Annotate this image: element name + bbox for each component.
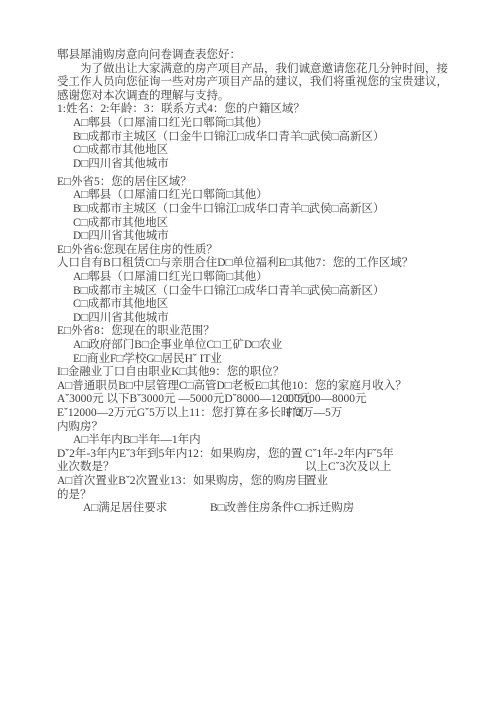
option-line-right-text: Cˇ5100—8000元 [286,393,367,407]
question-line-text: 的是？ [57,489,92,501]
option-line-text: D□四川省其他城市 [73,312,169,324]
question-line: 人口自有B口租赁C□与亲朋合住D□单位福利E□其他7：您的工作区域？ [0,257,500,271]
question-line: 的是？ [0,489,500,503]
option-line: A□半年内B□半年—1年内 [0,434,500,448]
option-line-text: D□四川省其他城市 [73,158,169,170]
option-line-text: Aˇ3000元 以下Bˇ3000元 —5000元Dˇ8000—12000元 [57,393,311,405]
option-line: A□满足居住要求B□改善住房条件C□拆迁购房 [0,502,500,516]
option-line-text: A□政府部门B□企事业单位C□工矿D□农业 [73,339,282,351]
option-line-text: A□郫县（口犀浦口红光口郫筒□其他） [73,271,268,283]
option-line-text: A□半年内B□半年—1年内 [73,434,201,446]
question-line-text: A□首次置业Bˇ2次置业13：如果购房，您的购房目 [57,475,308,487]
question-line-text: 内购房？ [57,421,103,433]
question-line: 业次数是？以上Cˇ3次及以上 [0,461,500,475]
doc-title: 郫县犀浦购房意向问卷调查表您好： [0,49,500,63]
option-line: B□成都市主城区（口金牛口锦江□成华口青羊□武侯□高新区） [0,131,500,145]
option-line: D□四川省其他城市 [0,312,500,326]
intro-line-text: 受工作人员向您征询一些对房产项目产品的建议，我们将重视您的宝贵建议， [57,76,448,88]
option-line-text: C□成都市其他地区 [73,144,168,156]
intro-line-text: 为了做出让大家满意的房产项目产品，我们诚意邀请您花几分钟时间，接 [80,63,448,75]
intro-line: 为了做出让大家满意的房产项目产品，我们诚意邀请您花几分钟时间，接 [0,63,500,77]
question-line-right-text: 置业 [305,475,328,489]
doc-title-text: 郫县犀浦购房意向问卷调查表您好： [57,49,241,61]
option-line-text: D□四川省其他城市 [73,230,169,242]
option-line: E□商业F□学校G□居民Hˇ IT业 [0,353,500,367]
question-line-text: 业次数是？ [57,461,115,473]
option-line: D□四川省其他城市 [0,230,500,244]
question-line: Eˇ12000—2万元Gˇ5万以上11：您打算在多长时间Fˇ2万—5万 [0,407,500,421]
question-line-text: E□外省8：您现在的职业范围？ [57,325,215,337]
option-line-text: C□成都市其他地区 [73,217,168,229]
option-line: C□成都市其他地区 [0,298,500,312]
question-line-text: I□金融业丁口自由职业K□其他9：您的职位？ [57,366,284,378]
question-line-text: A□普通职员B□中层管理C□高管D□老板E□其他10：您的家庭月收入？ [57,380,407,392]
question-line: A□普通职员B□中层管理C□高管D□老板E□其他10：您的家庭月收入？ [0,380,500,394]
option-line-text: C□成都市其他地区 [73,298,168,310]
intro-line: 受工作人员向您征询一些对房产项目产品的建议，我们将重视您的宝贵建议， [0,76,500,90]
question-line: I□金融业丁口自由职业K□其他9：您的职位？ [0,366,500,380]
questionnaire-document: 郫县犀浦购房意向问卷调查表您好：为了做出让大家满意的房产项目产品，我们诚意邀请您… [0,0,500,707]
intro-line: 感谢您对本次调查的理解与支持。 [0,90,500,104]
option-line: C□成都市其他地区 [0,217,500,231]
option-line-text: A□郫县（口犀浦口红光口郫筒□其他） [73,117,268,129]
option-line: D□四川省其他城市 [0,158,500,172]
option-line-text: E□商业F□学校G□居民Hˇ IT业 [73,353,222,365]
option-line-right-text: B□改善住房条件C□拆迁购房 [210,502,354,516]
question-line-text: E□外省6:您现在居住房的性质？ [57,244,218,256]
question-line-text: 1:姓名：2:年龄：3：联系方式4：您的户籍区域？ [57,103,305,115]
option-line-text: B□成都市主城区（口金牛口锦江□成华口青羊□武侯□高新区） [73,131,384,143]
question-line: 1:姓名：2:年龄：3：联系方式4：您的户籍区域？ [0,103,500,117]
question-line-text: 人口自有B口租赁C□与亲朋合住D□单位福利E□其他7：您的工作区域？ [57,257,413,269]
question-line: 内购房？ [0,421,500,435]
option-line: A□郫县（口犀浦口红光口郫筒□其他） [0,189,500,203]
question-line: E□外省5：您的居住区域？ [0,176,500,190]
option-line-text: A□满足居住要求 [83,502,167,514]
question-line-text: E□外省5：您的居住区域？ [57,176,192,188]
option-line-text: B□成都市主城区（口金牛口锦江□成华口青羊□武侯□高新区） [73,203,384,215]
intro-line-text: 感谢您对本次调查的理解与支持。 [57,90,230,102]
question-line: E□外省6:您现在居住房的性质？ [0,244,500,258]
option-line: B□成都市主城区（口金牛口锦江□成华口青羊□武侯□高新区） [0,203,500,217]
option-line: Aˇ3000元 以下Bˇ3000元 —5000元Dˇ8000—12000元Cˇ5… [0,393,500,407]
question-line: E□外省8：您现在的职业范围？ [0,325,500,339]
question-line: Dˇ2年-3年内Eˇ3年到5年内12：如果购房，您的置Cˇ1年-2年内Fˇ5年 [0,448,500,462]
option-line: A□郫县（口犀浦口红光口郫筒□其他） [0,117,500,131]
option-line-text: A□郫县（口犀浦口红光口郫筒□其他） [73,189,268,201]
question-line-text: Dˇ2年-3年内Eˇ3年到5年内12：如果购房，您的置 [57,448,302,460]
question-line-text: Eˇ12000—2万元Gˇ5万以上11：您打算在多长时间 [57,407,304,419]
question-line-right-text: Cˇ1年-2年内Fˇ5年 [305,448,394,462]
option-line-text: B□成都市主城区（口金牛口锦江□成华口青羊□武侯□高新区） [73,285,384,297]
option-line: B□成都市主城区（口金牛口锦江□成华口青羊□武侯□高新区） [0,285,500,299]
question-line-right-text: 以上Cˇ3次及以上 [305,461,391,475]
question-line: A□首次置业Bˇ2次置业13：如果购房，您的购房目置业 [0,475,500,489]
question-line-right-text: Fˇ2万—5万 [286,407,342,421]
option-line: A□政府部门B□企事业单位C□工矿D□农业 [0,339,500,353]
option-line: A□郫县（口犀浦口红光口郫筒□其他） [0,271,500,285]
option-line: C□成都市其他地区 [0,144,500,158]
